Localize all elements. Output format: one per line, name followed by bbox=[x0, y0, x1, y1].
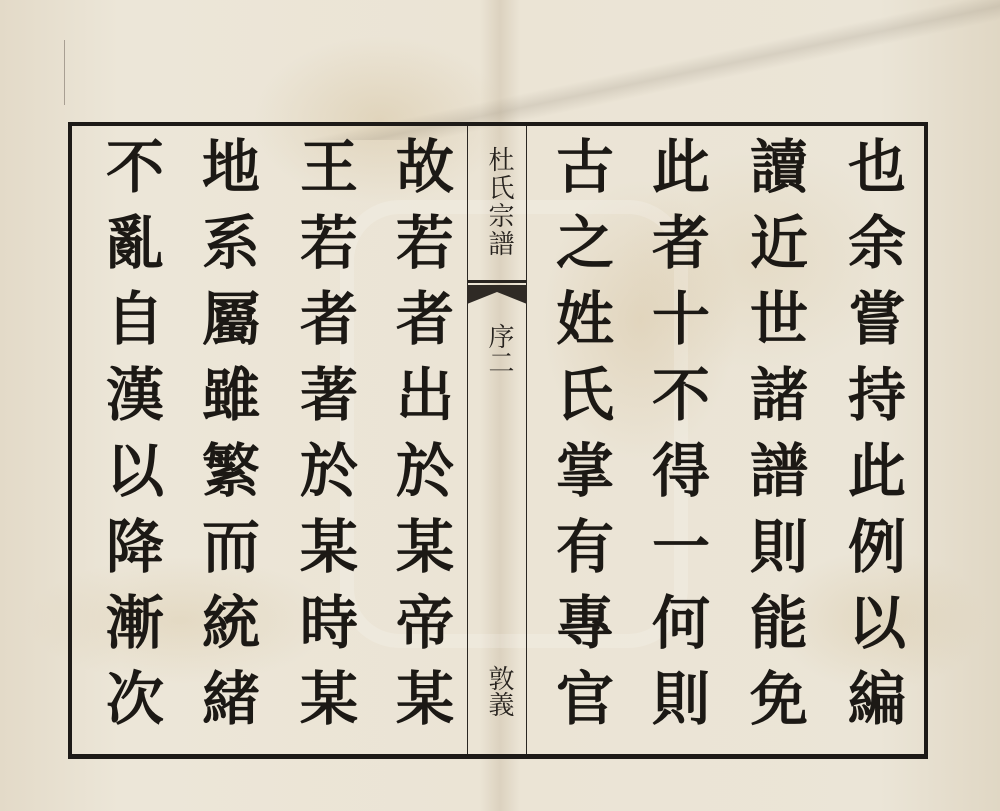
text-column-6: 王若者著於某時某 bbox=[278, 136, 370, 748]
text-column-1: 也余嘗持此例以編 bbox=[826, 136, 918, 748]
fishtail-mark-icon bbox=[467, 280, 527, 306]
text-column-7: 地系屬雖繁而統緒 bbox=[180, 136, 272, 748]
paper-crease bbox=[0, 0, 1000, 140]
center-rule-left bbox=[467, 126, 468, 754]
hall-name: 敦義 bbox=[480, 636, 514, 746]
text-column-3: 此者十不得一何則 bbox=[630, 136, 722, 748]
text-column-4: 古之姓氏掌有專官 bbox=[534, 136, 626, 748]
margin-mark bbox=[64, 40, 65, 105]
text-column-8: 不亂自漢以降漸次 bbox=[84, 136, 176, 748]
center-rule-right bbox=[526, 126, 527, 754]
book-title: 杜氏宗譜 bbox=[480, 132, 514, 272]
center-fold-column: 杜氏宗譜 序二 敦義 bbox=[467, 126, 527, 754]
text-column-2: 讀近世諸譜則能免 bbox=[728, 136, 820, 748]
text-column-5: 故若者出於某帝某 bbox=[374, 136, 466, 748]
section-label: 序二 bbox=[480, 314, 514, 384]
